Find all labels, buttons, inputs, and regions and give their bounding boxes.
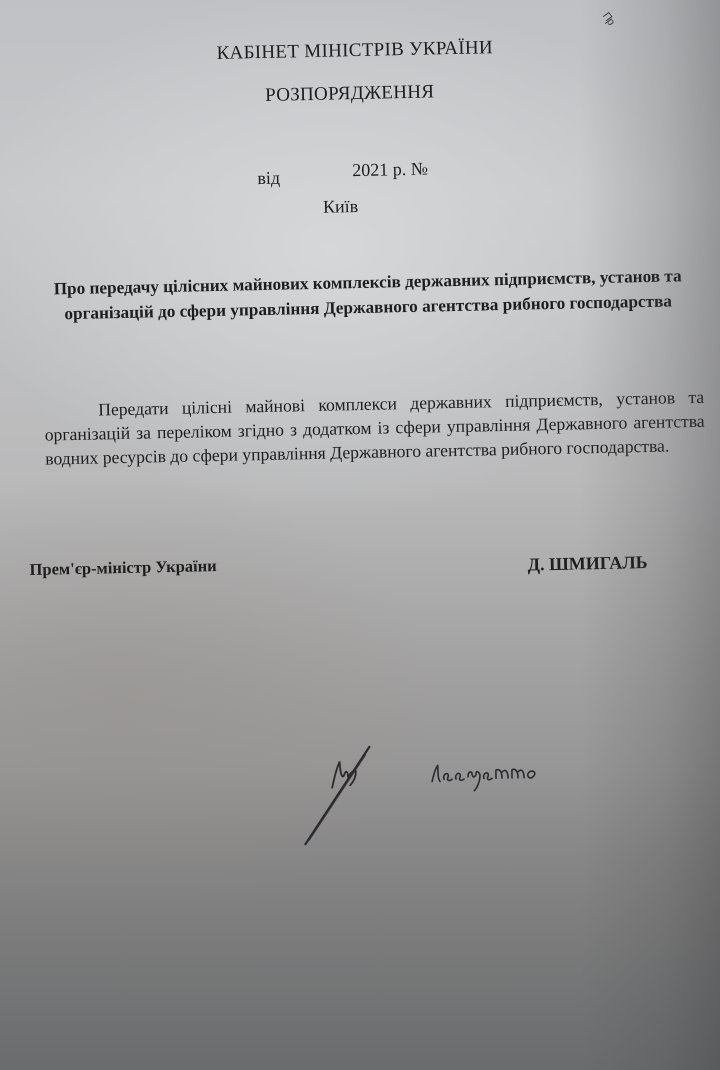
document-page: Пр КАБІНЕТ МІНІСТРІВ УКРАЇНИ РОЗПОРЯДЖЕН… [0, 0, 720, 1070]
document-subject: Про передачу цілісних майнових комплексі… [47, 263, 688, 326]
document-type-heading: РОЗПОРЯДЖЕННЯ [0, 76, 704, 113]
date-line: від 2021 р. № [0, 152, 717, 167]
signatory-name: Д. ШМИГАЛЬ [527, 552, 647, 576]
signatory-role: Прем'єр-міністр України [29, 556, 216, 580]
organization-title: КАБІНЕТ МІНІСТРІВ УКРАЇНИ [0, 33, 715, 70]
date-year-number: 2021 р. № [352, 159, 428, 182]
handwritten-signature-block [289, 730, 591, 856]
document-body: Передати цілісні майнові комплекси держа… [44, 385, 705, 471]
date-prefix: від [257, 168, 280, 189]
city: Київ [323, 196, 359, 218]
corner-handwritten-mark: Пр [600, 10, 617, 27]
signature-icon [289, 730, 591, 856]
